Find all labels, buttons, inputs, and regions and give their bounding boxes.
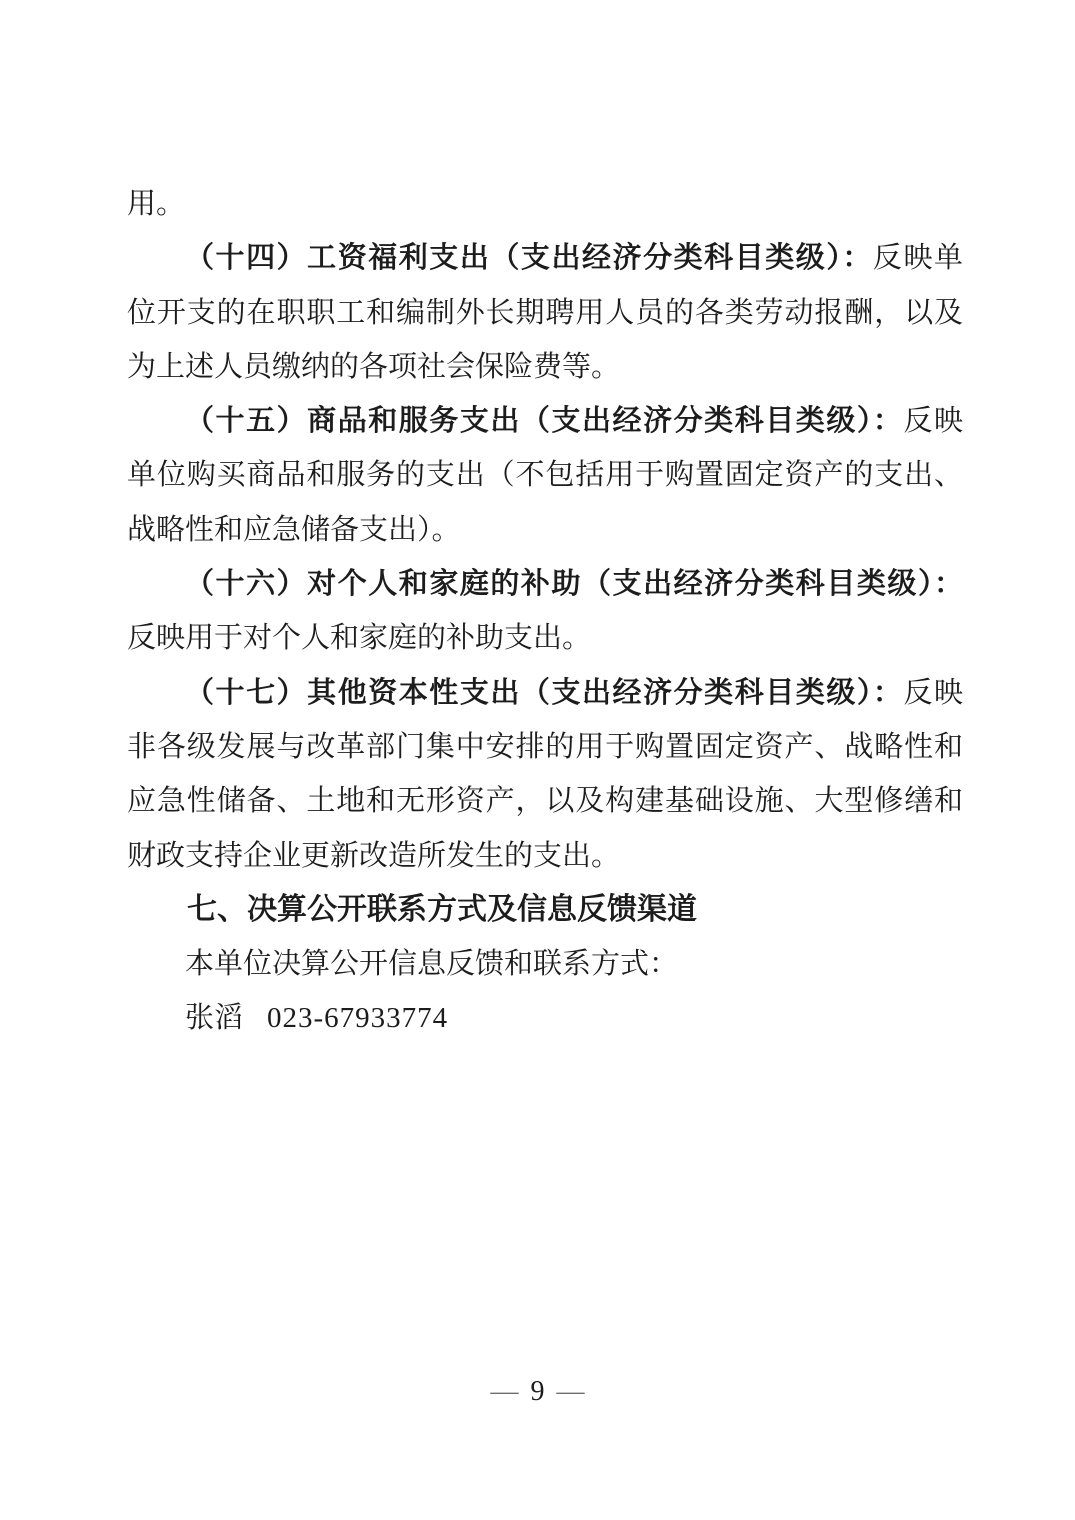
- page-number-right-dash: —: [557, 1376, 585, 1407]
- item-title-text: （十七）其他资本性支出（支出经济分类科目类级）：: [185, 677, 903, 709]
- body-text: 战略性和应急储备支出）。: [127, 514, 461, 546]
- item-title-text: （十六）对个人和家庭的补助（支出经济分类科目类级）：: [185, 568, 963, 600]
- page-number-value: 9: [531, 1376, 545, 1407]
- paragraph-line: 为上述人员缴纳的各项社会保险费等。: [127, 340, 963, 394]
- paragraph-line: 非各级发展与改革部门集中安排的用于购置固定资产、战略性和: [127, 720, 963, 774]
- paragraph-line-item-14: （十四）工资福利支出（支出经济分类科目类级）：反映单: [127, 231, 963, 285]
- body-text: 反映用于对个人和家庭的补助支出。: [127, 622, 591, 654]
- paragraph-line: 战略性和应急储备支出）。: [127, 503, 963, 557]
- body-text: 用。: [127, 188, 185, 220]
- item-title-text: （十四）工资福利支出（支出经济分类科目类级）：: [185, 242, 873, 274]
- document-page: 用。 （十四）工资福利支出（支出经济分类科目类级）：反映单 位开支的在职职工和编…: [0, 0, 1075, 1520]
- paragraph-line: 财政支持企业更新改造所发生的支出。: [127, 829, 963, 883]
- page-number: —9—: [0, 1376, 1075, 1408]
- contact-phone: 023-67933774: [267, 1002, 448, 1034]
- body-text: 为上述人员缴纳的各项社会保险费等。: [127, 351, 620, 383]
- section-heading: 七、决算公开联系方式及信息反馈渠道: [127, 883, 963, 937]
- item-title-text: （十五）商品和服务支出（支出经济分类科目类级）：: [185, 405, 903, 437]
- body-text: 反映单: [873, 242, 963, 274]
- body-text: 应急性储备、土地和无形资产，以及构建基础设施、大型修缮和: [127, 785, 963, 817]
- paragraph-line: 单位购买商品和服务的支出（不包括用于购置固定资产的支出、: [127, 448, 963, 502]
- paragraph-line: 位开支的在职职工和编制外长期聘用人员的各类劳动报酬，以及: [127, 286, 963, 340]
- section-heading-text: 七、决算公开联系方式及信息反馈渠道: [187, 893, 697, 926]
- body-text: 反映: [903, 677, 963, 709]
- contact-intro-line: 本单位决算公开信息反馈和联系方式：: [127, 937, 963, 991]
- paragraph-line: 反映用于对个人和家庭的补助支出。: [127, 611, 963, 665]
- paragraph-line-item-17: （十七）其他资本性支出（支出经济分类科目类级）：反映: [127, 666, 963, 720]
- body-text: 财政支持企业更新改造所发生的支出。: [127, 840, 620, 872]
- contact-name: 张滔: [185, 1002, 243, 1034]
- paragraph-line: 应急性储备、土地和无形资产，以及构建基础设施、大型修缮和: [127, 774, 963, 828]
- document-body: 用。 （十四）工资福利支出（支出经济分类科目类级）：反映单 位开支的在职职工和编…: [127, 177, 963, 1046]
- paragraph-line-item-16: （十六）对个人和家庭的补助（支出经济分类科目类级）：: [127, 557, 963, 611]
- contact-line: 张滔023-67933774: [127, 991, 963, 1045]
- body-text: 反映: [903, 405, 963, 437]
- contact-intro-text: 本单位决算公开信息反馈和联系方式：: [185, 948, 678, 980]
- body-text: 非各级发展与改革部门集中安排的用于购置固定资产、战略性和: [127, 731, 963, 763]
- body-text: 位开支的在职职工和编制外长期聘用人员的各类劳动报酬，以及: [127, 297, 963, 329]
- body-text: 单位购买商品和服务的支出（不包括用于购置固定资产的支出、: [127, 459, 963, 491]
- paragraph-line: 用。: [127, 177, 963, 231]
- paragraph-line-item-15: （十五）商品和服务支出（支出经济分类科目类级）：反映: [127, 394, 963, 448]
- page-number-left-dash: —: [491, 1376, 519, 1407]
